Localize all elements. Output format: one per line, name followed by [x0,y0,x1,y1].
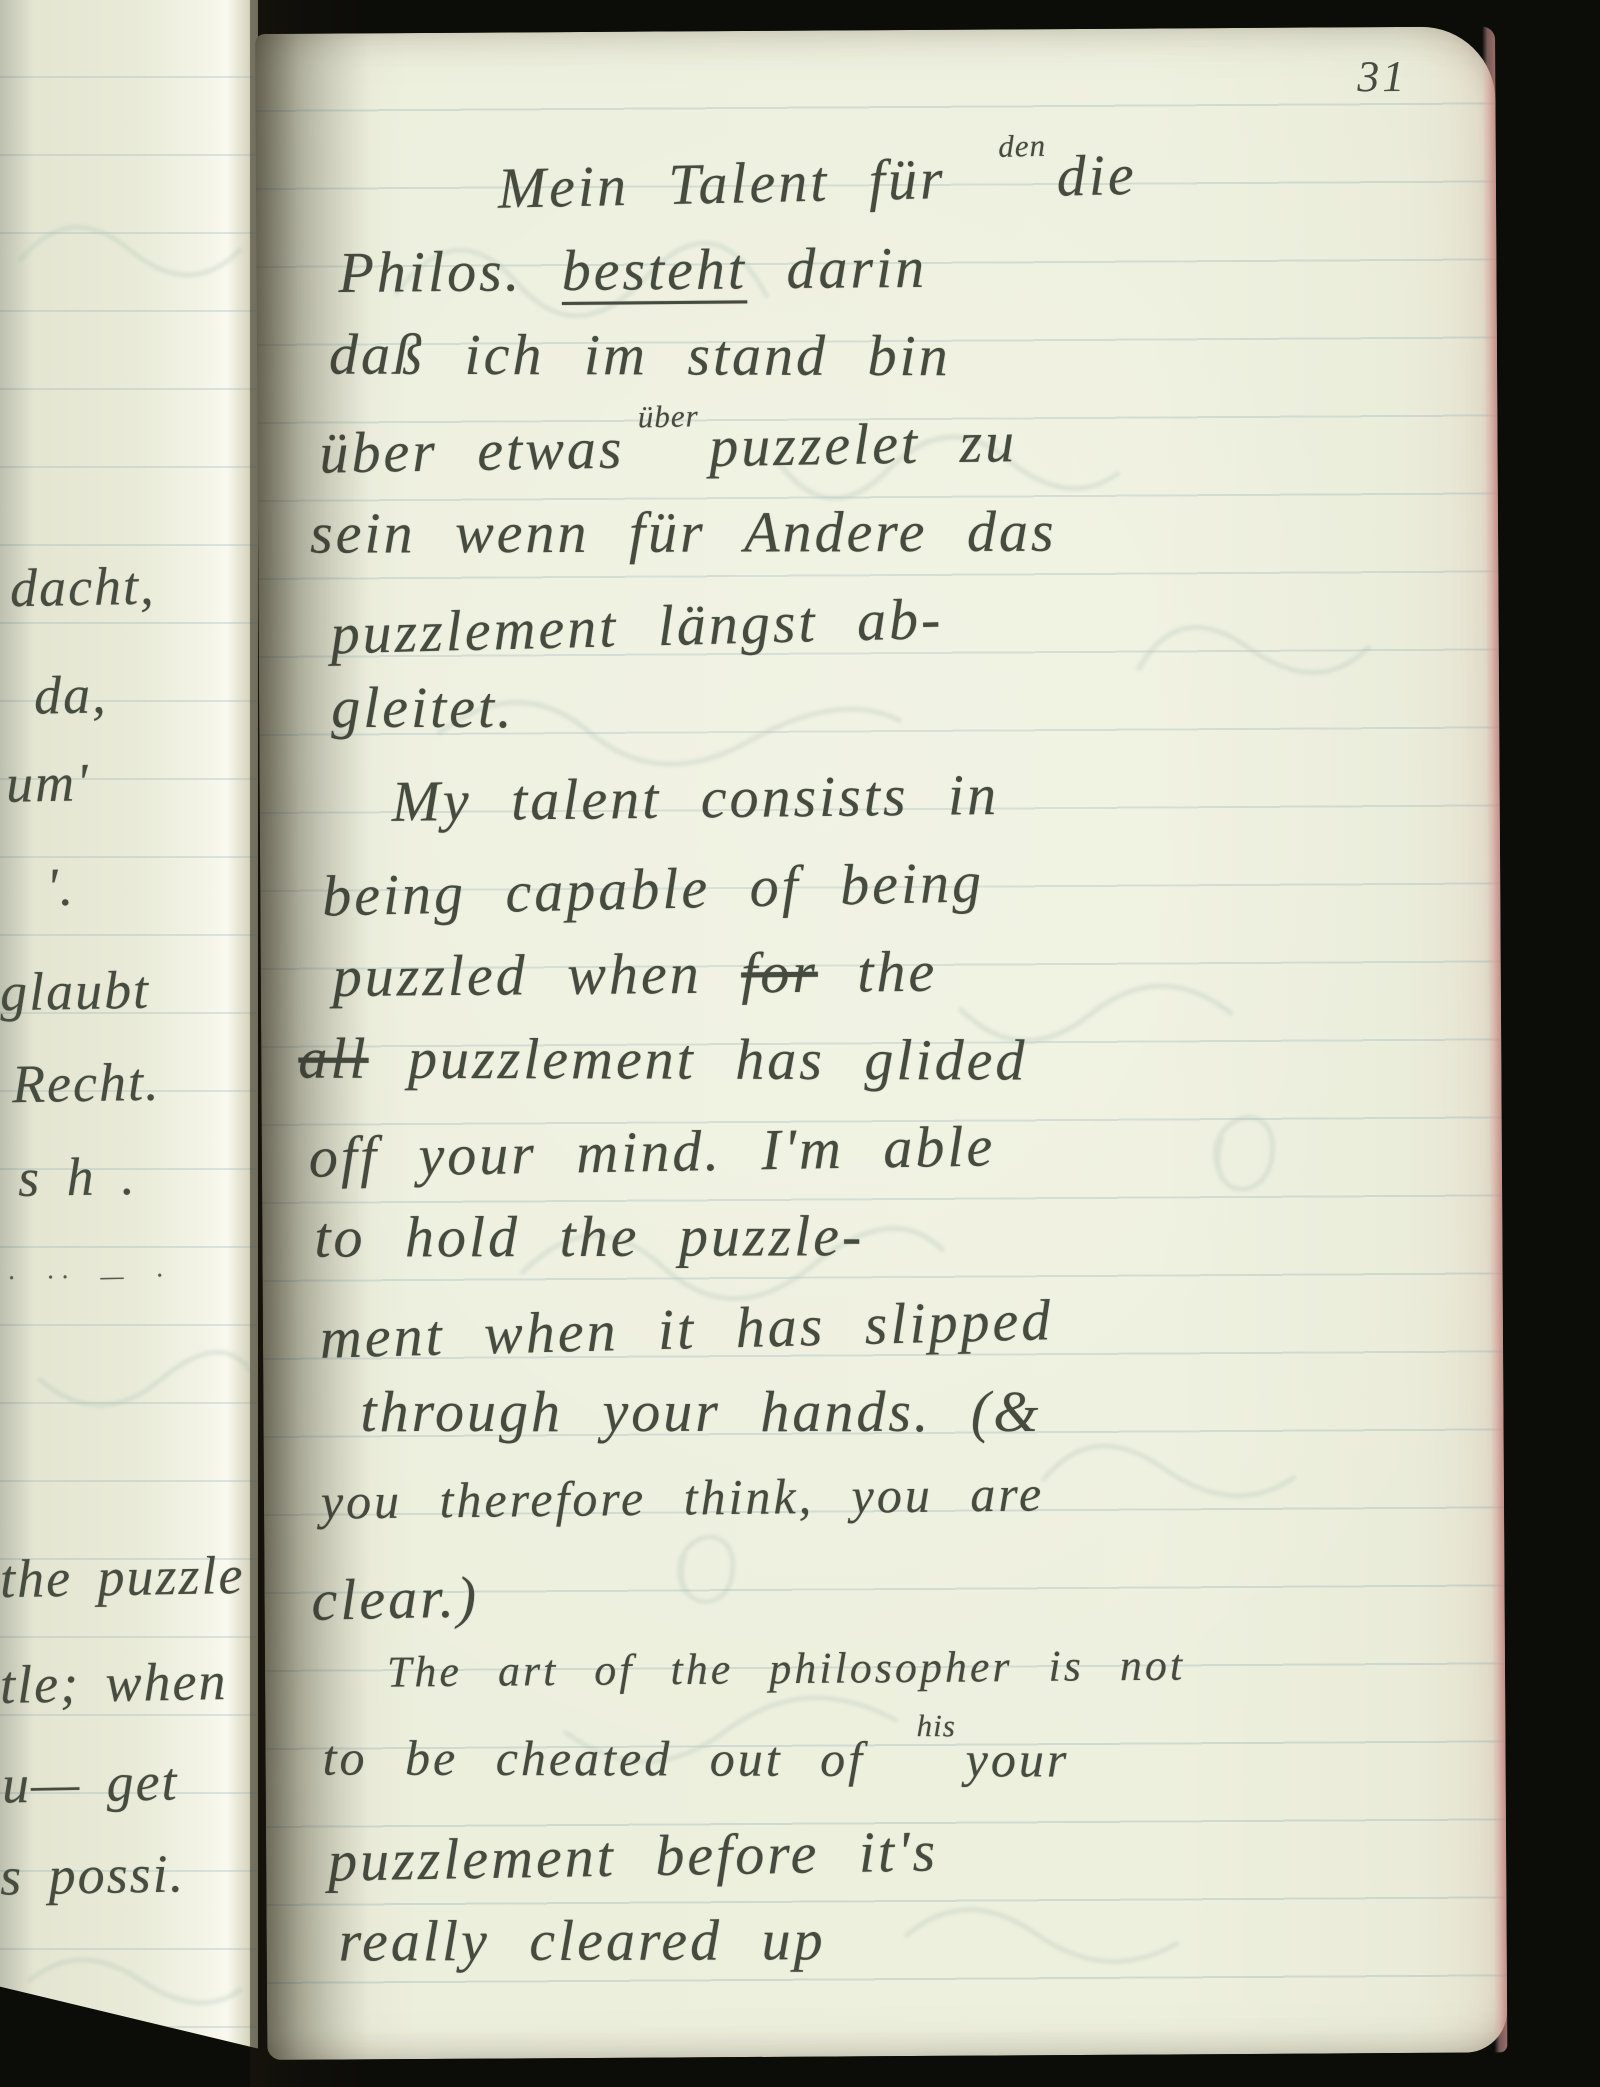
manuscript-line: über etwasüberpuzzelet zu [319,401,1468,508]
manuscript-line: all puzzlement has glided [298,1025,1471,1116]
manuscript-line: gleitet. [331,674,1469,762]
manuscript-line: daß ich im stand bin [329,321,1467,412]
inserted-word: über [638,398,699,434]
handwritten-text: puzzlement längst ab- [330,586,944,666]
handwritten-text: die [1056,142,1137,209]
handwritten-text: sein wenn für Andere das [310,499,1057,566]
left-page-fragment: u— get [1,1750,179,1815]
handwritten-text: to hold the puzzle- [314,1203,864,1269]
handwritten-text: the [818,939,938,1005]
left-page-fragment: Recht. [11,1051,160,1116]
manuscript-line: Philos. besteht darin [328,229,1467,327]
handwritten-text: My talent consists in [391,762,999,834]
manuscript-line: Mein Talent für dendie [327,134,1467,247]
handwritten-text: puzzlement has glided [369,1026,1028,1093]
right-page: 31 Mein Talent für dendiePhilos. besteht… [255,26,1507,2060]
notebook-photo: dacht,da,um''.glaubtRecht.s h .· ·· — ·t… [0,0,1600,2087]
struck-word: all [298,1026,368,1091]
manuscript-line: puzzlement längst ab- [330,572,1470,689]
left-page-fragment: da, [33,663,108,726]
handwritten-text: to be cheated out of [323,1730,903,1788]
handwritten-text: really cleared up [339,1907,826,1973]
fore-edge-tint [1482,26,1507,2052]
left-page-fragment: the puzzle [0,1544,245,1610]
handwritten-text: clear.) [311,1564,480,1633]
handwritten-text: daß ich im stand bin [329,322,951,389]
left-page: dacht,da,um''.glaubtRecht.s h .· ·· — ·t… [0,0,258,2063]
handwritten-text: off your mind. I'm able [308,1113,995,1189]
manuscript-line: through your hands. (& [335,1378,1473,1466]
left-page-fragment: um' [5,751,90,814]
handwritten-text: Mein Talent für [497,145,986,221]
handwritten-text: through your hands. (& [360,1379,1041,1444]
manuscript-line: to be cheated out of hisyour [323,1729,1476,1820]
handwritten-text: puzzelet zu [709,409,1018,479]
handwritten-text: über etwas [319,416,625,486]
left-page-fragment: dacht, [9,555,156,620]
handwritten-text: besteht [561,236,747,303]
page-number: 31 [1357,51,1407,102]
handwritten-text: ment when it has slipped [319,1287,1054,1371]
manuscript-line: The art of the philosopher is not [337,1637,1476,1735]
manuscript-line: to hold the puzzle- [314,1201,1472,1292]
handwritten-text: you therefore think, you are [321,1465,1045,1529]
handwritten-text: The art of the philosopher is not [387,1641,1186,1697]
left-page-fragment: glaubt [0,959,151,1024]
manuscript-line: off your mind. I'm able [308,1105,1472,1212]
manuscript-line: ment when it has slipped [319,1276,1474,1393]
manuscript-line: sein wenn für Andere das [310,497,1468,588]
left-page-fragment: · ·· — · [8,1261,171,1294]
manuscript-text: Mein Talent für dendiePhilos. besteht da… [328,143,1478,2060]
handwritten-text: gleitet. [331,675,514,740]
handwritten-text: being capable of being [321,849,984,928]
manuscript-line: really cleared up [339,1905,1477,1996]
handwritten-text: Philos. [338,238,562,305]
left-page-fragment: s h . [17,1145,137,1209]
handwritten-text: darin [747,235,928,302]
handwritten-text: your [966,1731,1070,1787]
left-page-fragment: '. [45,856,75,918]
struck-word: for [741,940,818,1006]
handwritten-text: puzzled when [332,940,741,1009]
manuscript-line: puzzled when for the [332,933,1471,1031]
manuscript-line: puzzlement before it's [328,1809,1477,1916]
handwritten-text: puzzlement before it's [328,1818,939,1893]
left-page-fragment: s possi. [0,1842,186,1907]
inserted-word: den [998,128,1047,164]
left-page-fragment: tle; when [0,1650,228,1716]
inserted-word: his [917,1708,956,1743]
